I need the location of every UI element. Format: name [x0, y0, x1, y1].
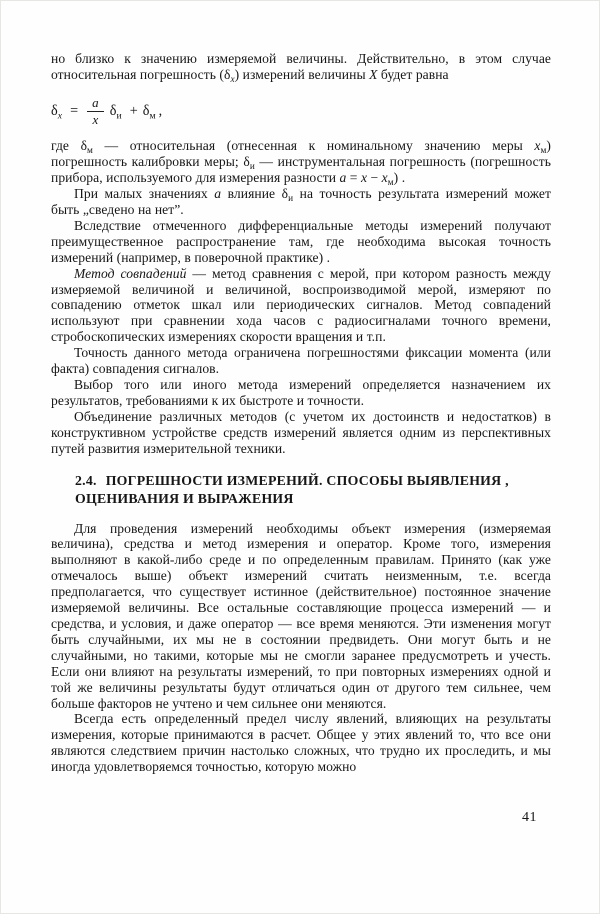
paragraph-vsegda: Всегда есть определенный предел числу яв… — [51, 711, 551, 775]
plus-sign: + — [130, 104, 138, 120]
section-heading-line1: 2.4.ПОГРЕШНОСТИ ИЗМЕРЕНИЙ. СПОСОБЫ ВЫЯВЛ… — [75, 472, 551, 490]
paragraph-intro: но близко к значению измеряемой величины… — [51, 51, 551, 83]
fraction-numerator: a — [87, 96, 104, 112]
equals-sign: = — [70, 104, 78, 120]
section-heading-line2: ОЦЕНИВАНИЯ И ВЫРАЖЕНИЯ — [75, 490, 551, 508]
text-block: но близко к значению измеряемой величины… — [51, 51, 551, 775]
section-title-line1: ПОГРЕШНОСТИ ИЗМЕРЕНИЙ. СПОСОБЫ ВЫЯВЛЕНИЯ… — [106, 473, 509, 488]
formula-lhs: δx — [51, 104, 62, 120]
paragraph-vsledstvie: Вследствие отмеченного дифференциальные … — [51, 218, 551, 266]
paragraph-tochnost: Точность данного метода ограничена погре… — [51, 345, 551, 377]
formula-term2: δм — [143, 104, 156, 120]
formula-term1: δи — [110, 104, 122, 120]
paragraph-dlya-provedeniya: Для проведения измерений необходимы объе… — [51, 521, 551, 712]
formula-comma: , — [159, 104, 163, 120]
section-number: 2.4. — [75, 473, 97, 488]
formula-delta-x: δx = a x δи + δм , — [51, 96, 551, 128]
fraction-denominator: x — [87, 112, 104, 127]
section-heading-2-4: 2.4.ПОГРЕШНОСТИ ИЗМЕРЕНИЙ. СПОСОБЫ ВЫЯВЛ… — [75, 472, 551, 508]
book-page: но близко к значению измеряемой величины… — [0, 0, 600, 914]
paragraph-vybor: Выбор того или иного метода измерений оп… — [51, 377, 551, 409]
page-number: 41 — [522, 810, 537, 826]
paragraph-metod-sovpadeniy: Метод совпадений — метод сравнения с мер… — [51, 266, 551, 346]
paragraph-pri-malyh: При малых значениях a влияние δи на точн… — [51, 186, 551, 218]
paragraph-gde: где δм — относительная (отнесенная к ном… — [51, 138, 551, 186]
fraction-a-over-x: a x — [87, 96, 104, 128]
paragraph-obedinenie: Объединение различных методов (с учетом … — [51, 409, 551, 457]
